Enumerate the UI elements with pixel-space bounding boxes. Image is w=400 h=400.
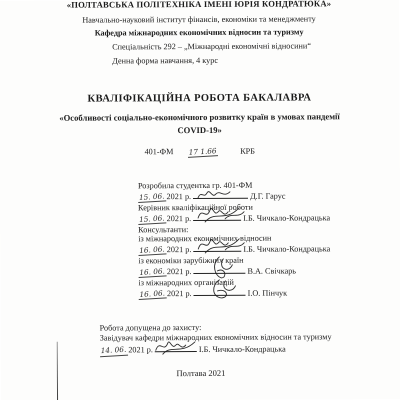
handwritten-code: 17 1.66 [187, 146, 217, 158]
scan-edge-line [57, 342, 58, 400]
signature-scribble [197, 186, 237, 202]
department-name: Кафедра міжнародних економічних відносин… [0, 27, 399, 38]
signature-line [193, 265, 245, 274]
handwritten-date: 14. 06. [99, 345, 127, 358]
signature-line [155, 343, 197, 352]
work-type-code: КРБ [240, 147, 255, 156]
signer-name: І.Б. Чичкало-Кондрацька [243, 245, 330, 254]
work-topic-line1: «Особливості соціально-економічного розв… [0, 111, 400, 123]
handwritten-date: 16. 06. [138, 289, 166, 301]
signer-name: В.А. Свічкарь [247, 267, 296, 276]
signer-name: Д.Г. Гарус [250, 192, 285, 201]
university-name: «ПОЛТАВСЬКА ПОЛІТЕХНІКА ІМЕНІ ЮРІЯ КОНДР… [0, 0, 399, 10]
signature-line [194, 287, 246, 296]
handwritten-date: 16. 06. [138, 245, 166, 257]
city-year: Полтава 2021 [1, 367, 400, 379]
work-code-row: 401-ФМ 17 1.66 КРБ [0, 146, 400, 158]
printed-year: 2021 р. [167, 214, 192, 223]
signer-name: І.О. Пінчук [248, 289, 288, 298]
signature-scribble [204, 278, 238, 302]
signature-scribble [197, 235, 245, 255]
signature-line [193, 212, 241, 221]
printed-year: 2021 р. [167, 245, 192, 254]
scanned-title-page: «ПОЛТАВСЬКА ПОЛІТЕХНІКА ІМЕНІ ЮРІЯ КОНДР… [0, 0, 400, 400]
work-topic-line2: COVID-19» [0, 124, 400, 136]
signature-row: 14. 06.2021 р.І.Б. Чичкало-Кондрацька [100, 342, 400, 357]
signatures-block: Розробила студентка гр. 401-ФМ 15. 06.20… [138, 180, 400, 300]
printed-year: 2021 р. [128, 345, 153, 354]
signer-name: І.Б. Чичкало-Кондрацька [243, 214, 330, 223]
study-form-line: Денна форма навчання, 4 курс [112, 55, 399, 66]
printed-year: 2021 р. [167, 289, 192, 298]
signature-row: 16. 06.2021 р.І.О. Пінчук [138, 286, 400, 300]
work-title: КВАЛІФІКАЦІЙНА РОБОТА БАКАЛАВРА [0, 92, 399, 105]
signature-line [193, 243, 241, 252]
handwritten-date: 15. 06. [138, 192, 166, 204]
signature-scribble [155, 337, 199, 357]
handwritten-date: 16. 06. [138, 267, 166, 279]
printed-year: 2021 р. [166, 192, 191, 201]
specialty-line: Спеціальність 292 – „Міжнародні економіч… [112, 41, 399, 52]
signer-name: І.Б. Чичкало-Кондрацька [199, 345, 286, 354]
printed-year: 2021 р. [167, 267, 192, 276]
admission-block: Робота допущена до захисту: Завідувач ка… [100, 322, 400, 357]
signature-line [193, 190, 248, 199]
group-code: 401-ФМ [145, 147, 174, 156]
signature-scribble [197, 204, 245, 224]
handwritten-date: 15. 06. [138, 214, 166, 226]
institute-name: Навчально-науковий інститут фінансів, ек… [0, 14, 399, 25]
